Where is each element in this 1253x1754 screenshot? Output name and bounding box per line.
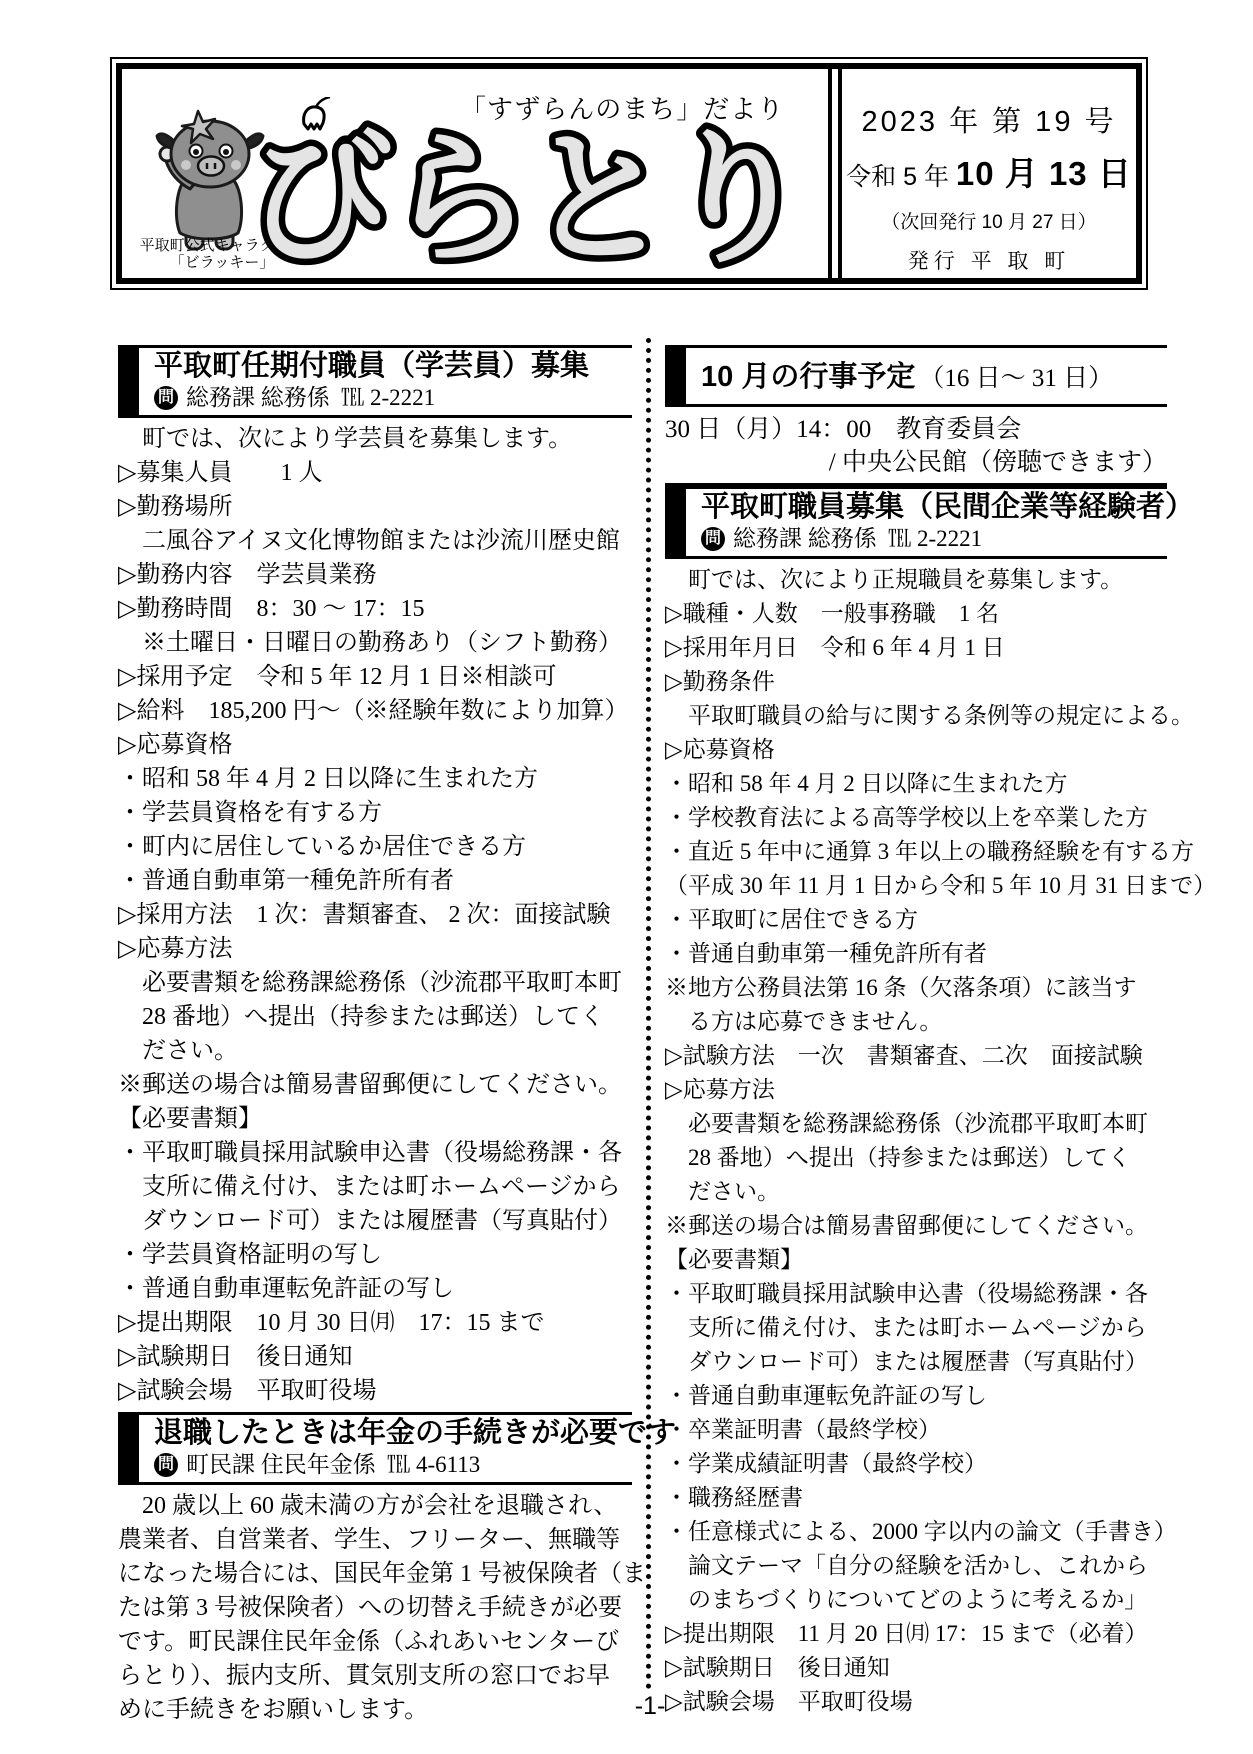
events-date-range: （16 日～ 31 日） <box>919 365 1113 392</box>
events-list: 30 日（月）14：00 教育委員会 / 中央公民館（傍聴できます） <box>665 413 1167 479</box>
headline-main: 平取町職員募集（民間企業等経験者） 問 総務課 総務係 ℡ 2-2221 <box>686 489 1194 556</box>
text-line: ▷試験会場 平取町役場 <box>118 1374 632 1408</box>
text-line: ・学芸員資格証明の写し <box>118 1238 632 1272</box>
text-line: ▷試験期日 後日通知 <box>665 1651 1167 1685</box>
text-line: 必要書類を総務課総務係（沙流郡平取町本町 <box>665 1107 1167 1141</box>
text-line: 平取町職員の給与に関する条例等の規定による。 <box>665 699 1167 733</box>
inquiry-icon: 問 <box>154 386 178 410</box>
text-line: めに手続きをお願いします。 <box>118 1693 632 1727</box>
text-line: ・昭和 58 年 4 月 2 日以降に生まれた方 <box>665 767 1167 801</box>
text-line: ださい。 <box>665 1175 1167 1209</box>
right-column: 10 月の行事予定 （16 日～ 31 日） 30 日（月）14：00 教育委員… <box>665 345 1167 1719</box>
text-line: ▷試験期日 後日通知 <box>118 1340 632 1374</box>
article-headline-box: 平取町職員募集（民間企業等経験者） 問 総務課 総務係 ℡ 2-2221 <box>665 486 1167 559</box>
text-line: ▷勤務時間 8：30 ～ 17：15 <box>118 592 632 626</box>
text-line: ▷提出期限 11 月 20 日㈪ 17：15 まで（必着） <box>665 1617 1167 1651</box>
headline-bar <box>118 1415 139 1482</box>
article-title: 平取町任期付職員（学芸員）募集 <box>154 350 632 383</box>
headline-main: 退職したときは年金の手続きが必要です 問 町民課 住民年金係 ℡ 4-6113 <box>139 1415 676 1482</box>
text-line: ・任意様式による、2000 字以内の論文（手書き） <box>665 1515 1167 1549</box>
text-line: る方は応募できません。 <box>665 1005 1167 1039</box>
issue-info: 2023 年 第 19 号 令和 5 年 10 月 13 日 （次回発行 10 … <box>842 69 1136 278</box>
text-line: ※郵送の場合は簡易書留郵便にしてください。 <box>118 1068 632 1102</box>
text-line: ▷試験会場 平取町役場 <box>665 1685 1167 1719</box>
events-schedule-box: 10 月の行事予定 （16 日～ 31 日） 30 日（月）14：00 教育委員… <box>665 345 1167 486</box>
text-line: ▷給料 185,200 円～（※経験年数により加算） <box>118 694 632 728</box>
text-line: ダウンロード可）または履歴書（写真貼付） <box>665 1345 1167 1379</box>
text-line: ダウンロード可）または履歴書（写真貼付） <box>118 1204 632 1238</box>
next-issue-note: （次回発行 10 月 27 日） <box>842 207 1136 234</box>
text-line: ・普通自動車運転免許証の写し <box>665 1379 1167 1413</box>
event-line: 30 日（月）14：00 教育委員会 <box>665 413 1167 446</box>
text-line: ・学業成績証明書（最終学校） <box>665 1447 1167 1481</box>
article-body: 20 歳以上 60 歳未満の方が会社を退職され、農業者、自営業者、学生、フリータ… <box>118 1489 632 1727</box>
page-number: -1- <box>600 1692 700 1721</box>
text-line: ・普通自動車運転免許証の写し <box>118 1272 632 1306</box>
article-title: 平取町職員募集（民間企業等経験者） <box>701 491 1194 524</box>
text-line: ▷採用方法 1 次：書類審査、 2 次：面接試験 <box>118 898 632 932</box>
text-line: ・普通自動車第一種免許所有者 <box>118 864 632 898</box>
contact-text: 総務課 総務係 ℡ 2-2221 <box>733 525 982 552</box>
text-line: ・平取町職員採用試験申込書（役場総務課・各 <box>665 1277 1167 1311</box>
events-title: 10 月の行事予定 <box>701 361 915 393</box>
newsletter-title-art: びらとり <box>244 97 864 283</box>
text-line: ださい。 <box>118 1034 632 1068</box>
text-line: 【必要書類】 <box>665 1243 1167 1277</box>
inquiry-icon: 問 <box>154 1453 178 1477</box>
issue-date: 令和 5 年 10 月 13 日 <box>842 148 1136 195</box>
text-line: ▷試験方法 一次 書類審査、二次 面接試験 <box>665 1039 1167 1073</box>
article-contact: 問 総務課 総務係 ℡ 2-2221 <box>154 384 632 411</box>
article-pension-procedure: 退職したときは年金の手続きが必要です 問 町民課 住民年金係 ℡ 4-6113 … <box>118 1412 632 1727</box>
text-line: 28 番地）へ提出（持参または郵送）してく <box>665 1141 1167 1175</box>
text-line: ▷採用予定 令和 5 年 12 月 1 日※相談可 <box>118 660 632 694</box>
text-line: ▷募集人員 1 人 <box>118 456 632 490</box>
text-line: らとり）、振内支所、貫気別支所の窓口でお早 <box>118 1659 632 1693</box>
issue-number: 2023 年 第 19 号 <box>842 99 1136 140</box>
headline-main: 平取町任期付職員（学芸員）募集 問 総務課 総務係 ℡ 2-2221 <box>139 348 632 415</box>
text-line: ※土曜日・日曜日の勤務あり（シフト勤務） <box>118 626 632 660</box>
text-line: 町では、次により学芸員を募集します。 <box>118 422 632 456</box>
masthead: 「すずらんのまち」だより <box>110 57 1148 290</box>
text-line: 20 歳以上 60 歳未満の方が会社を退職され、 <box>118 1489 632 1523</box>
text-line: ・普通自動車第一種免許所有者 <box>665 937 1167 971</box>
text-line: 【必要書類】 <box>118 1102 632 1136</box>
headline-main: 10 月の行事予定 （16 日～ 31 日） <box>686 348 1167 404</box>
inquiry-icon: 問 <box>701 527 725 551</box>
text-line: になった場合には、国民年金第 1 号被保険者（ま <box>118 1557 632 1591</box>
event-line-location: / 中央公民館（傍聴できます） <box>665 446 1167 479</box>
text-line: ※地方公務員法第 16 条（欠落条項）に該当す <box>665 971 1167 1005</box>
text-line: ・昭和 58 年 4 月 2 日以降に生まれた方 <box>118 762 632 796</box>
text-line: ・町内に居住しているか居住できる方 <box>118 830 632 864</box>
events-headline-box: 10 月の行事予定 （16 日～ 31 日） <box>665 345 1167 407</box>
text-line: （平成 30 年 11 月 1 日から令和 5 年 10 月 31 日まで） <box>665 869 1167 903</box>
text-line: ▷応募方法 <box>665 1073 1167 1107</box>
text-line: ・平取町職員採用試験申込書（役場総務課・各 <box>118 1136 632 1170</box>
article-headline-box: 平取町任期付職員（学芸員）募集 問 総務課 総務係 ℡ 2-2221 <box>118 345 632 418</box>
text-line: 町では、次により正規職員を募集します。 <box>665 563 1167 597</box>
text-line: ▷勤務条件 <box>665 665 1167 699</box>
article-contact: 問 総務課 総務係 ℡ 2-2221 <box>701 525 1194 552</box>
text-line: ▷勤務場所 <box>118 490 632 524</box>
text-line: 支所に備え付け、または町ホームページから <box>665 1311 1167 1345</box>
text-line: ▷勤務内容 学芸員業務 <box>118 558 632 592</box>
text-line: 二風谷アイヌ文化博物館または沙流川歴史館 <box>118 524 632 558</box>
contact-text: 総務課 総務係 ℡ 2-2221 <box>186 384 435 411</box>
text-line: ・学芸員資格を有する方 <box>118 796 632 830</box>
newsletter-title: びらとり <box>248 115 804 283</box>
text-line: 必要書類を総務課総務係（沙流郡平取町本町 <box>118 966 632 1000</box>
article-contact: 問 町民課 住民年金係 ℡ 4-6113 <box>154 1451 676 1478</box>
article-headline-box: 退職したときは年金の手続きが必要です 問 町民課 住民年金係 ℡ 4-6113 <box>118 1412 632 1485</box>
text-line: たは第 3 号被保険者）への切替え手続きが必要 <box>118 1591 632 1625</box>
text-line: ・平取町に居住できる方 <box>665 903 1167 937</box>
masthead-left: 「すずらんのまち」だより <box>122 69 828 278</box>
text-line: ・職務経歴書 <box>665 1481 1167 1515</box>
text-line: ※郵送の場合は簡易書留郵便にしてください。 <box>665 1209 1167 1243</box>
article-body: 町では、次により正規職員を募集します。▷職種・人数 一般事務職 1 名▷採用年月… <box>665 563 1167 1719</box>
article-staff-recruit: 平取町職員募集（民間企業等経験者） 問 総務課 総務係 ℡ 2-2221 町では… <box>665 486 1167 1719</box>
text-line: ▷応募資格 <box>118 728 632 762</box>
text-line: ・直近 5 年中に通算 3 年以上の職務経験を有する方 <box>665 835 1167 869</box>
text-line: 農業者、自営業者、学生、フリーター、無職等 <box>118 1523 632 1557</box>
headline-bar <box>665 348 686 404</box>
column-divider <box>646 338 651 1690</box>
text-line: 支所に備え付け、または町ホームページから <box>118 1170 632 1204</box>
text-line: ▷応募方法 <box>118 932 632 966</box>
text-line: ・卒業証明書（最終学校） <box>665 1413 1167 1447</box>
text-line: ▷採用年月日 令和 6 年 4 月 1 日 <box>665 631 1167 665</box>
text-line: のまちづくりについてどのように考えるか」 <box>665 1583 1167 1617</box>
article-body: 町では、次により学芸員を募集します。▷募集人員 1 人▷勤務場所 二風谷アイヌ文… <box>118 422 632 1408</box>
newsletter-page: 「すずらんのまち」だより <box>0 0 1253 1754</box>
text-line: 28 番地）へ提出（持参または郵送）してく <box>118 1000 632 1034</box>
text-line: ▷職種・人数 一般事務職 1 名 <box>665 597 1167 631</box>
text-line: ・学校教育法による高等学校以上を卒業した方 <box>665 801 1167 835</box>
headline-bar <box>665 489 686 556</box>
article-title: 退職したときは年金の手続きが必要です <box>154 1417 676 1450</box>
text-line: ▷応募資格 <box>665 733 1167 767</box>
text-line: 論文テーマ「自分の経験を活かし、これから <box>665 1549 1167 1583</box>
article-curator-recruit: 平取町任期付職員（学芸員）募集 問 総務課 総務係 ℡ 2-2221 町では、次… <box>118 345 632 1408</box>
issue-day: 10 月 13 日 <box>956 155 1132 192</box>
headline-bar <box>118 348 139 415</box>
masthead-frame: 「すずらんのまち」だより <box>116 63 1142 284</box>
left-column: 平取町任期付職員（学芸員）募集 問 総務課 総務係 ℡ 2-2221 町では、次… <box>118 345 632 1727</box>
text-line: ▷提出期限 10 月 30 日㈪ 17：15 まで <box>118 1306 632 1340</box>
publisher-line: 発行 平 取 町 <box>842 245 1136 275</box>
text-line: です。町民課住民年金係（ふれあいセンターび <box>118 1625 632 1659</box>
contact-text: 町民課 住民年金係 ℡ 4-6113 <box>186 1451 480 1478</box>
